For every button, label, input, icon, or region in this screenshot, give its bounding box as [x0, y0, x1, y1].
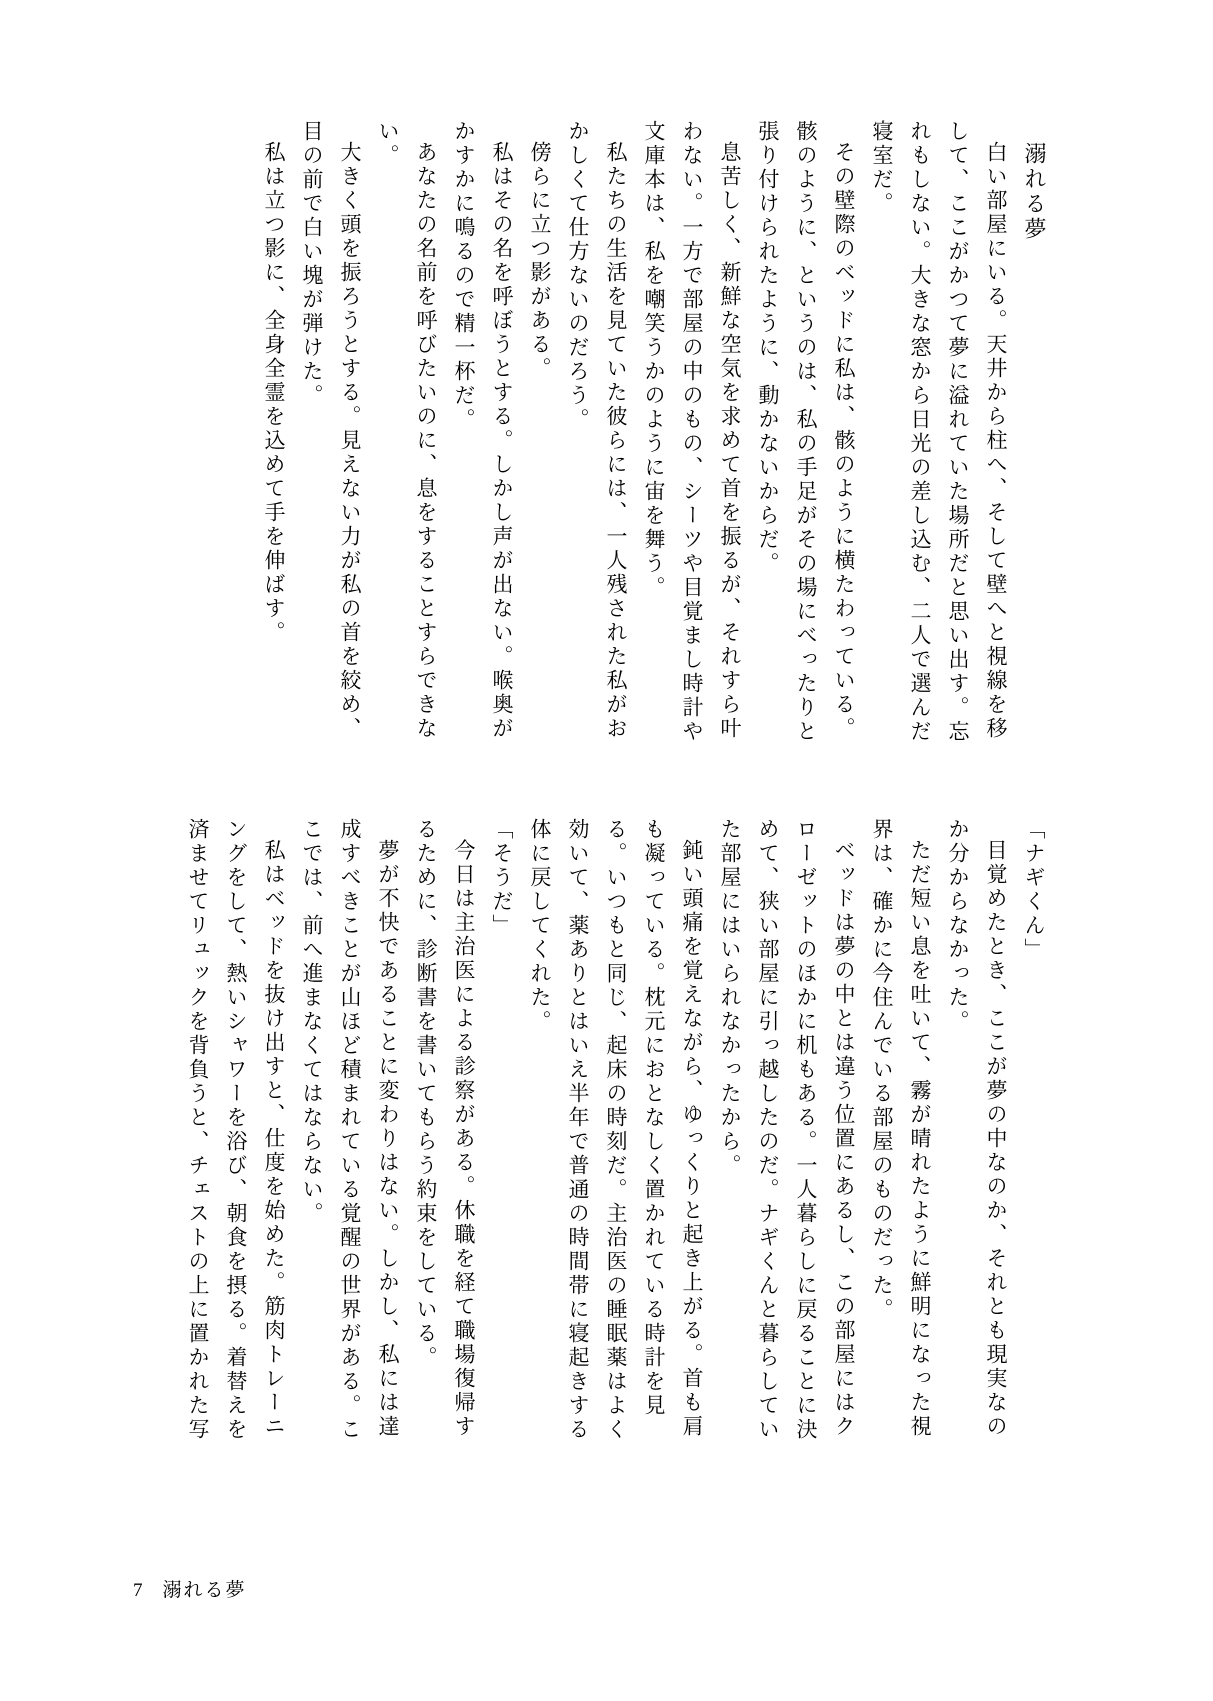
dialogue-line: 「そうだ」 [483, 818, 521, 1446]
novel-page: { "document": { "title": "溺れる夢", "sectio… [0, 0, 1213, 1701]
paragraph: 私は立つ影に、全身全霊を込めて手を伸ばす。 [255, 120, 293, 748]
paragraph: 白い部屋にいる。天井から柱へ、そして壁へと視線を移して、ここがかつて夢に溢れてい… [863, 120, 1015, 748]
paragraph: 私はベッドを抜け出すと、仕度を始めた。筋肉トレーニングをして、熱いシャワーを浴び… [179, 818, 293, 1446]
paragraph: 大きく頭を振ろうとする。見えない力が私の首を絞め、目の前で白い塊が弾けた。 [293, 120, 369, 748]
paragraph: 私はその名を呼ぼうとする。しかし声が出ない。喉奥がかすかに鳴るので精一杯だ。 [445, 120, 521, 748]
page-number: 7 [133, 1580, 145, 1602]
paragraph: 夢が不快であることに変わりはない。しかし、私には達成すべきことが山ほど積まれてい… [293, 818, 407, 1446]
paragraph: 傍らに立つ影がある。 [521, 120, 559, 748]
paragraph: 今日は主治医による診察がある。休職を経て職場復帰するために、診断書を書いてもらう… [407, 818, 483, 1446]
section-awakening-scene: 「ナギくん」 目覚めたとき、ここが夢の中なのか、それとも現実なのか分からなかった… [179, 818, 1053, 1446]
paragraph: 鈍い頭痛を覚えながら、ゆっくりと起き上がる。首も肩も凝っている。枕元におとなしく… [521, 818, 711, 1446]
paragraph: 目覚めたとき、ここが夢の中なのか、それとも現実なのか分からなかった。 [939, 818, 1015, 1446]
paragraph: 息苦しく、新鮮な空気を求めて首を振るが、それすら叶わない。一方で部屋の中のもの、… [635, 120, 749, 748]
running-title: 溺れる夢 [163, 1580, 247, 1601]
story-title: 溺れる夢 [1015, 120, 1053, 748]
page-footer: 7溺れる夢 [133, 1575, 247, 1602]
paragraph: あなたの名前を呼びたいのに、息をすることすらできない。 [369, 120, 445, 748]
paragraph: 私たちの生活を見ていた彼らには、一人残された私がおかしくて仕方ないのだろう。 [559, 120, 635, 748]
paragraph: ベッドは夢の中とは違う位置にあるし、この部屋にはクローゼットのほかに机もある。一… [711, 818, 863, 1446]
paragraph: ただ短い息を吐いて、霧が晴れたように鮮明になった視界は、確かに今住んでいる部屋の… [863, 818, 939, 1446]
paragraph: その壁際のベッドに私は、骸のように横たわっている。骸のように、というのは、私の手… [749, 120, 863, 748]
section-dream-scene: 溺れる夢 白い部屋にいる。天井から柱へ、そして壁へと視線を移して、ここがかつて夢… [255, 120, 1053, 748]
dialogue-line: 「ナギくん」 [1015, 818, 1053, 1446]
